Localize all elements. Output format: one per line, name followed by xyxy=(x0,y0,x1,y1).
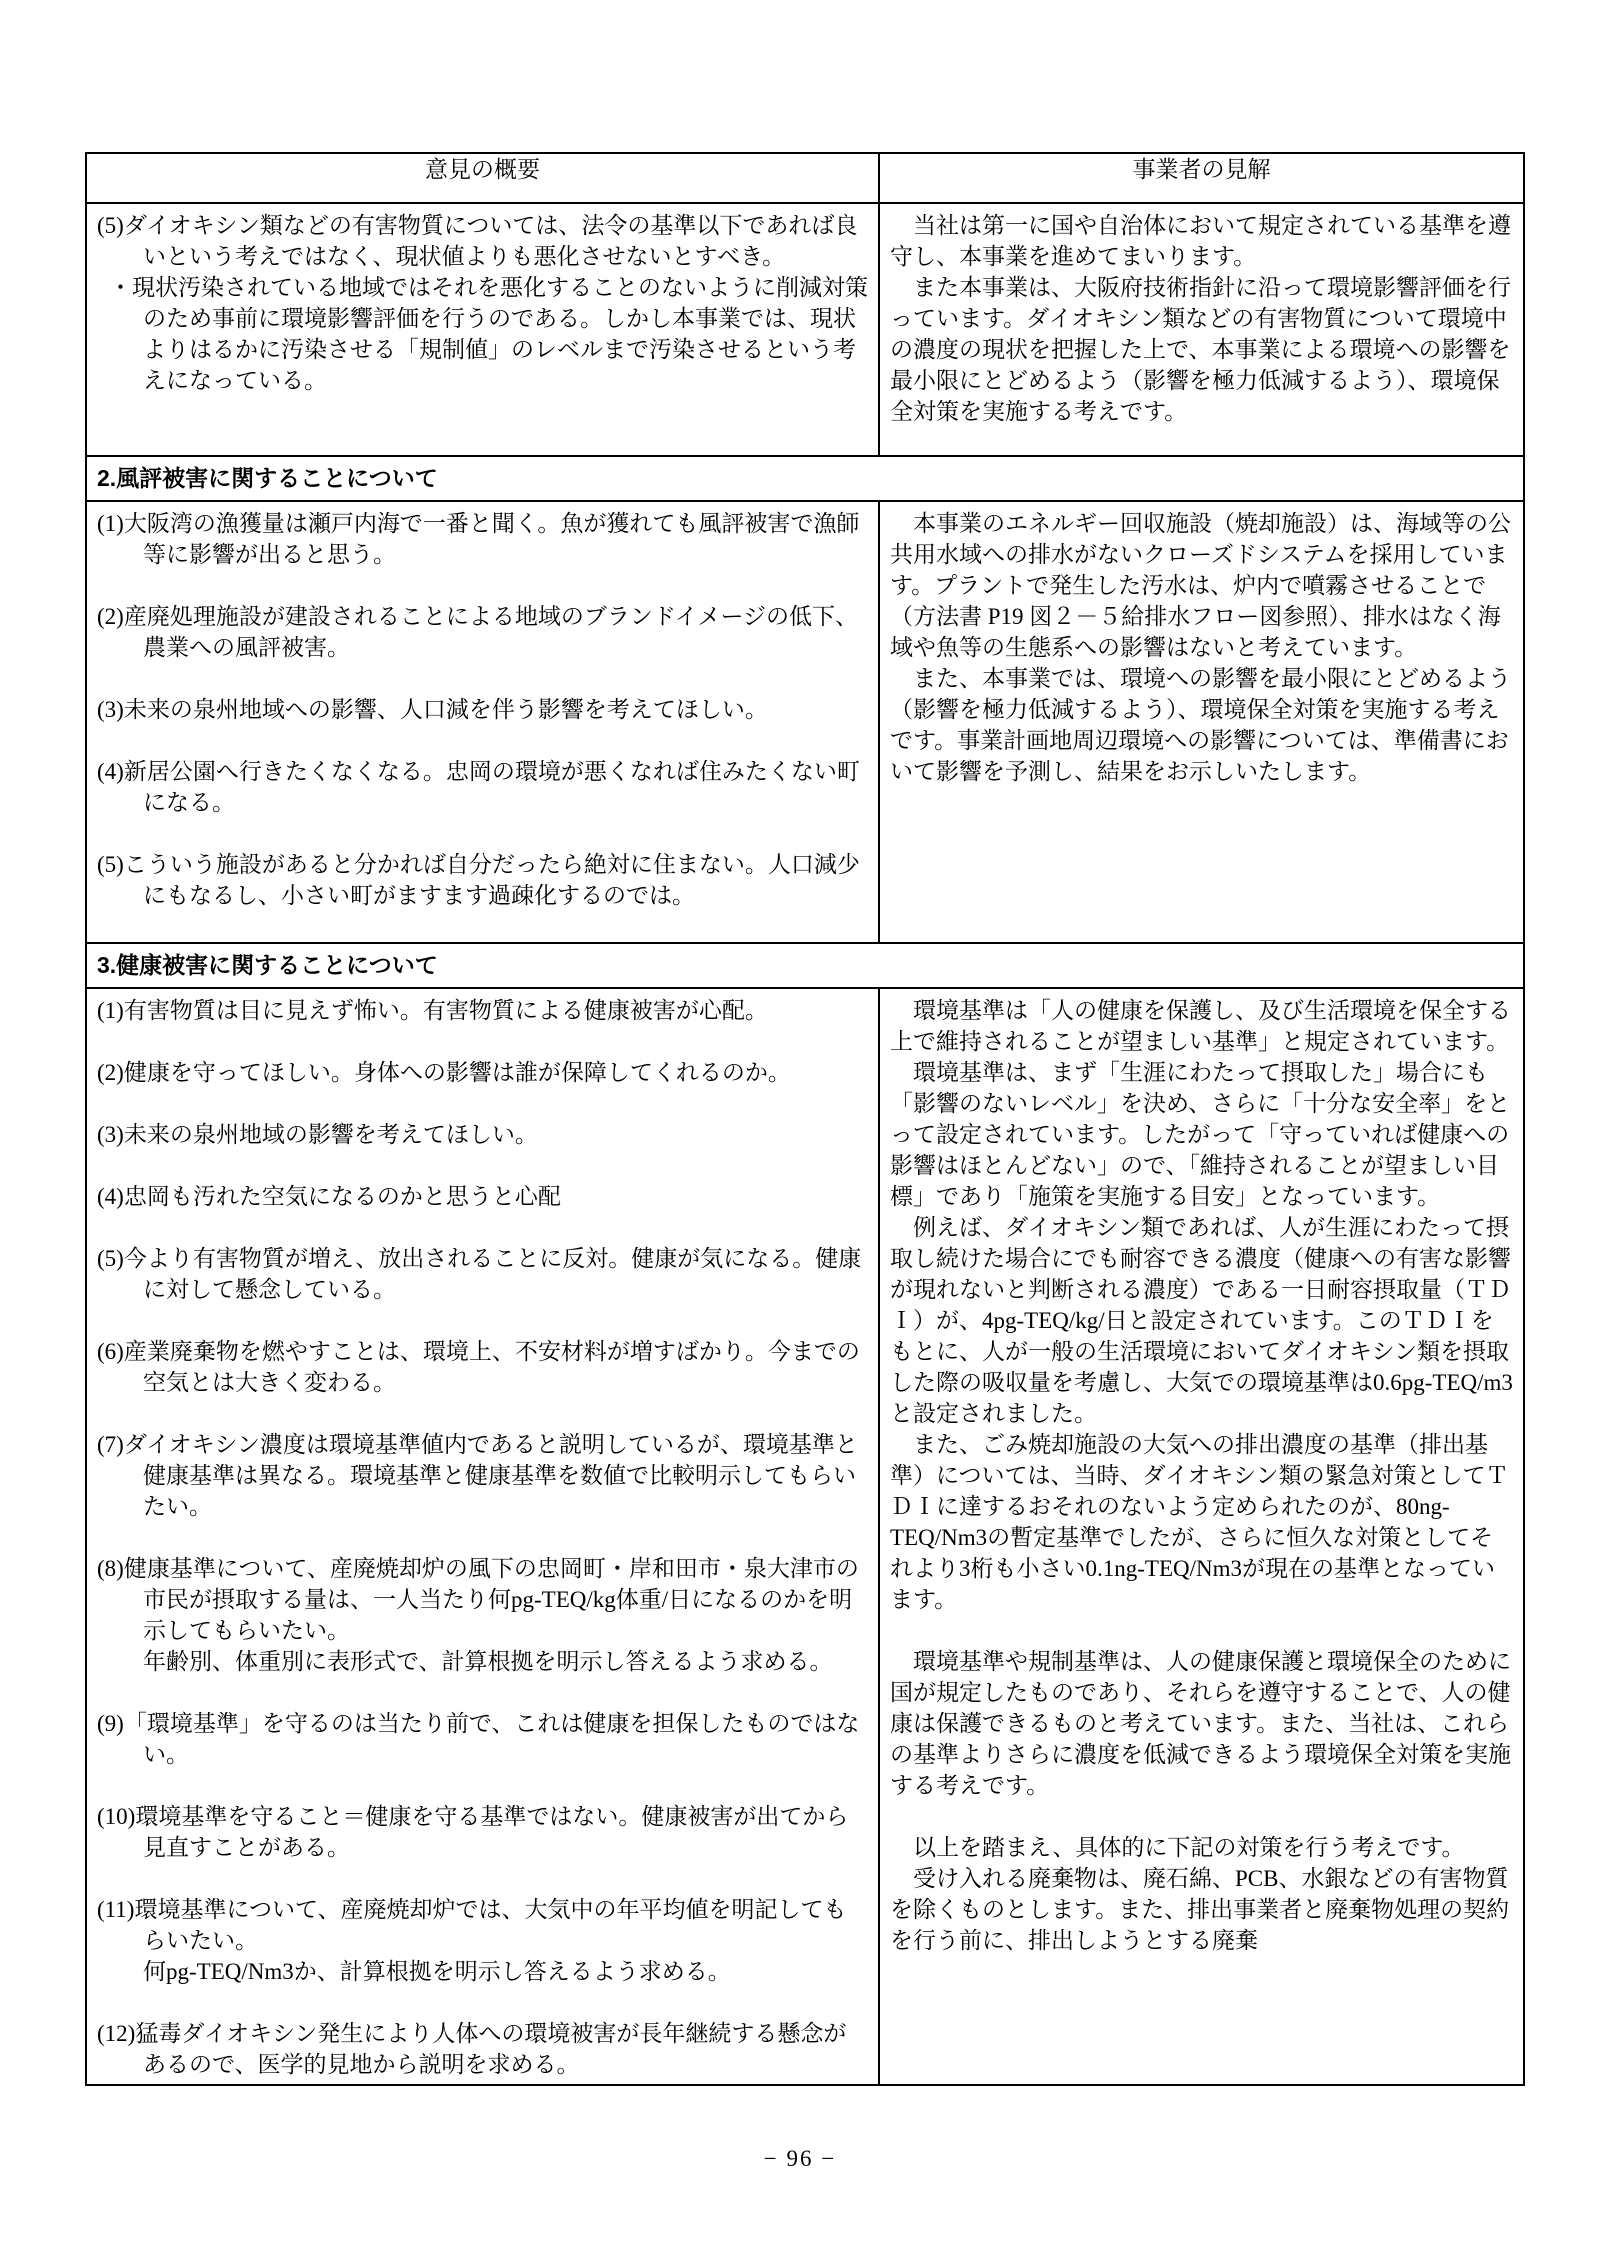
section1-content-row: (5)ダイオキシン類などの有害物質については、法令の基準以下であれば良いという考… xyxy=(86,203,1524,456)
column-header-opinion-summary: 意見の概要 xyxy=(86,153,879,203)
section3-response-cell: 環境基準は「人の健康を保護し、及び生活環境を保全する上で維持されることが望ましい… xyxy=(879,988,1524,2085)
section1-opinion-cell: (5)ダイオキシン類などの有害物質については、法令の基準以下であれば良いという考… xyxy=(86,203,879,456)
page-number: − 96 − xyxy=(0,2146,1600,2172)
section2-response-cell: 本事業のエネルギー回収施設（焼却施設）は、海域等の公共用水域への排水がないクロー… xyxy=(879,501,1524,943)
opinion-item: (1)大阪湾の漁獲量は瀬戸内海で一番と聞く。魚が獲れても風評被害で漁師等に影響が… xyxy=(97,508,868,570)
section3-content-row: (1)有害物質は目に見えず怖い。有害物質による健康被害が心配。(2)健康を守って… xyxy=(86,988,1524,2085)
opinion-item: (12)猛毒ダイオキシン発生により人体への環境被害が長年継続する懸念があるので、… xyxy=(97,2018,868,2080)
response-paragraph: また本事業は、大阪府技術指針に沿って環境影響評価を行っています。ダイオキシン類な… xyxy=(890,272,1513,427)
response-paragraph: 受け入れる廃棄物は、廃石綿、PCB、水銀などの有害物質を除くものとします。また、… xyxy=(890,1863,1513,1956)
document-page: 意見の概要 事業者の見解 (5)ダイオキシン類などの有害物質については、法令の基… xyxy=(0,0,1600,2263)
opinion-item: (2)健康を守ってほしい。身体への影響は誰が保障してくれるのか。 xyxy=(97,1057,868,1088)
opinion-item: (3)未来の泉州地域への影響、人口減を伴う影響を考えてほしい。 xyxy=(97,694,868,725)
table-header-row: 意見の概要 事業者の見解 xyxy=(86,153,1524,203)
response-paragraph: 例えば、ダイオキシン類であれば、人が生涯にわたって摂取し続けた場合にでも耐容でき… xyxy=(890,1212,1513,1429)
response-paragraph: 環境基準や規制基準は、人の健康保護と環境保全のために国が規定したものであり、それ… xyxy=(890,1646,1513,1801)
opinion-item: (3)未来の泉州地域の影響を考えてほしい。 xyxy=(97,1119,868,1150)
response-paragraph: 環境基準は「人の健康を保護し、及び生活環境を保全する上で維持されることが望ましい… xyxy=(890,995,1513,1057)
opinion-item: (5)今より有害物質が増え、放出されることに反対。健康が気になる。健康に対して懸… xyxy=(97,1243,868,1305)
section3-header-row: 3.健康被害に関することについて xyxy=(86,943,1524,988)
opinion-item: (2)産廃処理施設が建設されることによる地域のブランドイメージの低下、農業への風… xyxy=(97,601,868,663)
section1-response-text: 当社は第一に国や自治体において規定されている基準を遵守し、本事業を進めてまいりま… xyxy=(890,210,1513,451)
opinion-item: (4)忠岡も汚れた空気になるのかと思うと心配 xyxy=(97,1181,868,1212)
section1-opinion-list: (5)ダイオキシン類などの有害物質については、法令の基準以下であれば良いという考… xyxy=(97,210,868,451)
opinion-item: (7)ダイオキシン濃度は環境基準値内であると説明しているが、環境基準と健康基準は… xyxy=(97,1429,868,1522)
opinion-item: 年齢別、体重別に表形式で、計算根拠を明示し答えるよう求める。 xyxy=(97,1646,868,1677)
response-paragraph: 以上を踏まえ、具体的に下記の対策を行う考えです。 xyxy=(890,1832,1513,1863)
response-paragraph: また、本事業では、環境への影響を最小限にとどめるよう（影響を極力低減するよう）、… xyxy=(890,663,1513,787)
section3-response-text: 環境基準は「人の健康を保護し、及び生活環境を保全する上で維持されることが望ましい… xyxy=(890,995,1513,2080)
section2-opinion-list: (1)大阪湾の漁獲量は瀬戸内海で一番と聞く。魚が獲れても風評被害で漁師等に影響が… xyxy=(97,508,868,938)
opinion-item: (11)環境基準について、産廃焼却炉では、大気中の年平均値を明記してもらいたい。 xyxy=(97,1894,868,1956)
comments-table: 意見の概要 事業者の見解 (5)ダイオキシン類などの有害物質については、法令の基… xyxy=(85,152,1525,2086)
section2-opinion-cell: (1)大阪湾の漁獲量は瀬戸内海で一番と聞く。魚が獲れても風評被害で漁師等に影響が… xyxy=(86,501,879,943)
section3-opinion-cell: (1)有害物質は目に見えず怖い。有害物質による健康被害が心配。(2)健康を守って… xyxy=(86,988,879,2085)
opinion-item: (5)ダイオキシン類などの有害物質については、法令の基準以下であれば良いという考… xyxy=(97,210,868,272)
opinion-item: 何pg-TEQ/Nm3か、計算根拠を明示し答えるよう求める。 xyxy=(97,1956,868,1987)
section2-response-text: 本事業のエネルギー回収施設（焼却施設）は、海域等の公共用水域への排水がないクロー… xyxy=(890,508,1513,938)
opinion-item: (4)新居公園へ行きたくなくなる。忠岡の環境が悪くなれば住みたくない町になる。 xyxy=(97,756,868,818)
section2-content-row: (1)大阪湾の漁獲量は瀬戸内海で一番と聞く。魚が獲れても風評被害で漁師等に影響が… xyxy=(86,501,1524,943)
section2-header-row: 2.風評被害に関することについて xyxy=(86,456,1524,501)
response-paragraph: 当社は第一に国や自治体において規定されている基準を遵守し、本事業を進めてまいりま… xyxy=(890,210,1513,272)
opinion-item: (9)「環境基準」を守るのは当たり前で、これは健康を担保したものではない。 xyxy=(97,1708,868,1770)
section3-opinion-list: (1)有害物質は目に見えず怖い。有害物質による健康被害が心配。(2)健康を守って… xyxy=(97,995,868,2080)
opinion-item: (6)産業廃棄物を燃やすことは、環境上、不安材料が増すばかり。今までの空気とは大… xyxy=(97,1336,868,1398)
column-header-operator-view: 事業者の見解 xyxy=(879,153,1524,203)
response-paragraph: 本事業のエネルギー回収施設（焼却施設）は、海域等の公共用水域への排水がないクロー… xyxy=(890,508,1513,663)
opinion-item: (10)環境基準を守ること＝健康を守る基準ではない。健康被害が出てから見直すこと… xyxy=(97,1801,868,1863)
response-paragraph: また、ごみ焼却施設の大気への排出濃度の基準（排出基準）については、当時、ダイオキ… xyxy=(890,1429,1513,1615)
opinion-item: ・現状汚染されている地域ではそれを悪化することのないように削減対策のため事前に環… xyxy=(97,272,868,396)
section1-response-cell: 当社は第一に国や自治体において規定されている基準を遵守し、本事業を進めてまいりま… xyxy=(879,203,1524,456)
opinion-item: (5)こういう施設があると分かれば自分だったら絶対に住まない。人口減少にもなるし… xyxy=(97,849,868,911)
section2-title: 2.風評被害に関することについて xyxy=(86,456,1524,501)
response-paragraph: 環境基準は、まず「生涯にわたって摂取した」場合にも「影響のないレベル」を決め、さ… xyxy=(890,1057,1513,1212)
opinion-item: (8)健康基準について、産廃焼却炉の風下の忠岡町・岸和田市・泉大津市の市民が摂取… xyxy=(97,1553,868,1646)
section3-title: 3.健康被害に関することについて xyxy=(86,943,1524,988)
opinion-item: (1)有害物質は目に見えず怖い。有害物質による健康被害が心配。 xyxy=(97,995,868,1026)
